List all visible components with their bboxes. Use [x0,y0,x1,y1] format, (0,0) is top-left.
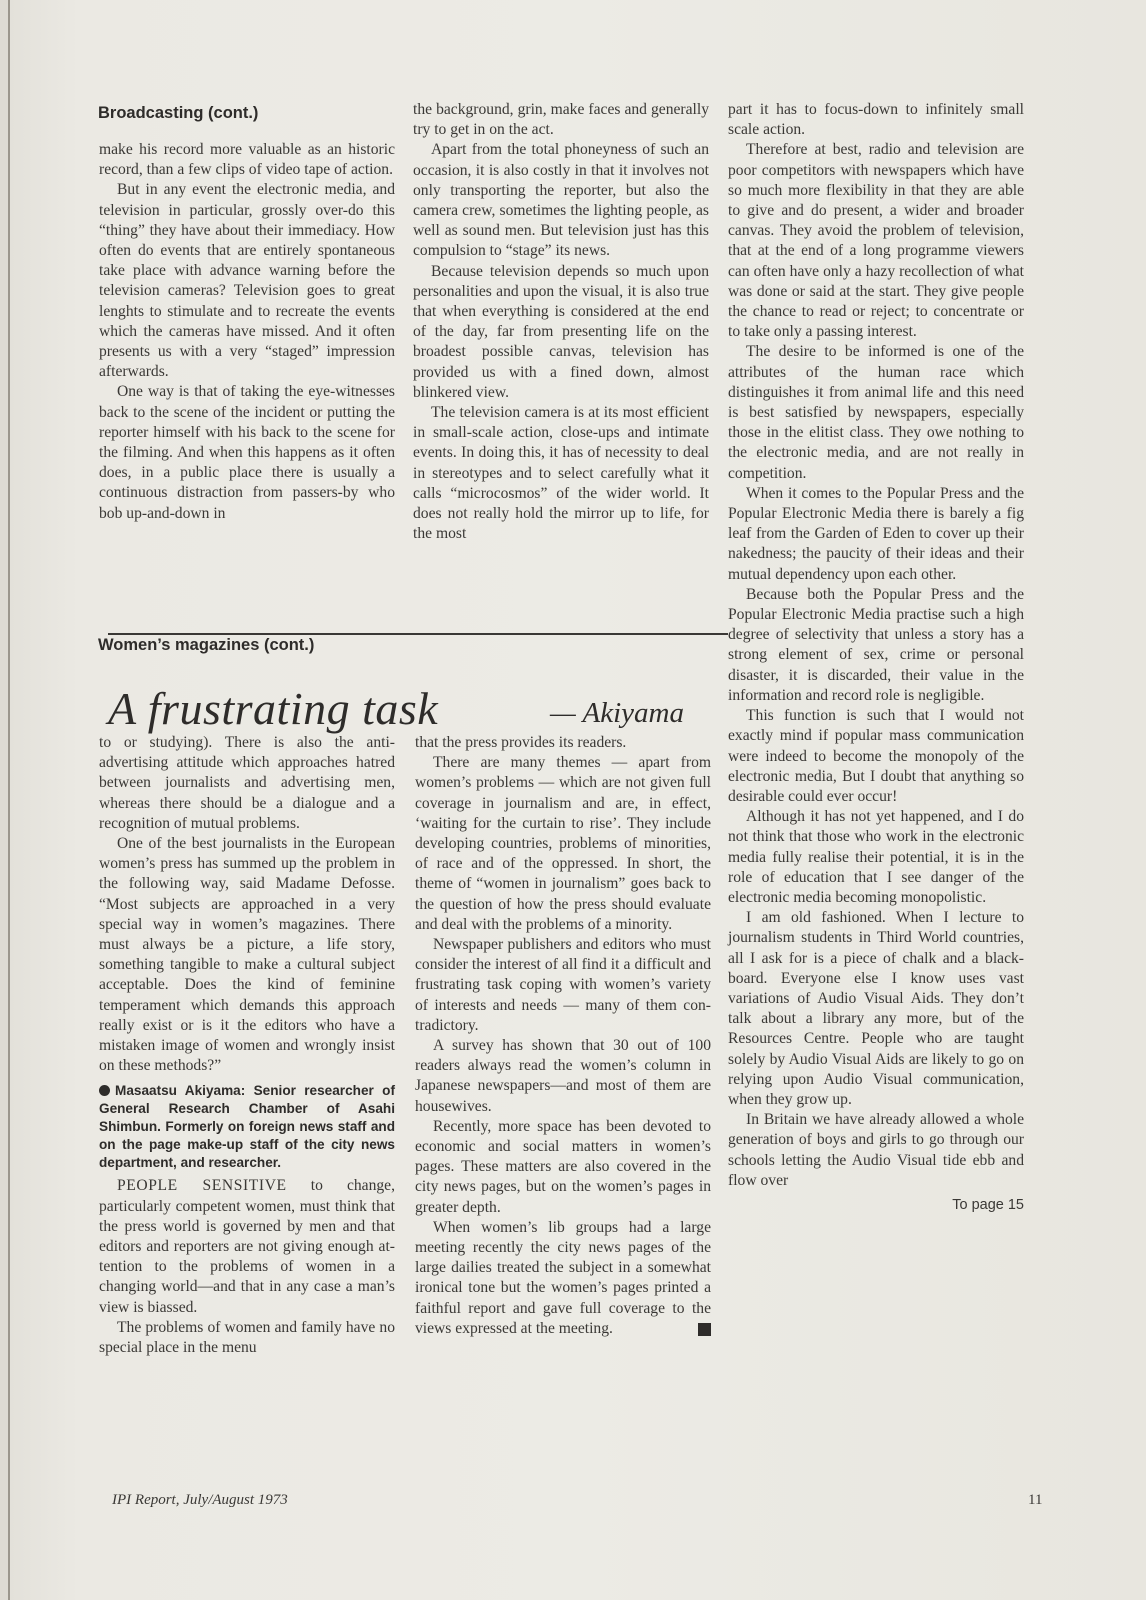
section-heading-broadcasting: Broadcasting (cont.) [98,104,258,123]
paragraph: Because television depends so much upon … [413,262,709,403]
magazine-page: Broadcasting (cont.) make his record mor… [8,0,1146,1600]
continued-link[interactable]: To page 15 [728,1195,1024,1215]
section-divider [108,633,728,635]
paragraph: that the press provides its readers. [415,733,711,753]
publication-footer: IPI Report, July/August 1973 [112,1492,288,1509]
paragraph: to or studying). There is also the anti-… [99,733,395,834]
author-bio-text: Masaatsu Akiyama: Senior researcher of G… [99,1083,395,1170]
paragraph: There are many themes — apart from women… [415,753,711,935]
article-byline: — Akiyama [550,697,684,730]
paragraph: One of the best journalists in the Europ… [99,834,395,1076]
lead-caps: PEOPLE SENSITIVE [117,1177,287,1194]
paragraph: the background, grin, make faces and gen… [413,100,709,140]
womens-column-1: to or studying). There is also the anti-… [99,733,395,1358]
author-bio: Masaatsu Akiyama: Senior researcher of G… [99,1082,395,1172]
broadcasting-column-3: part it has to focus-down to infinitely … [728,100,1024,1215]
bullet-icon [99,1085,110,1096]
paragraph: make his record more valuable as an hist… [99,140,395,180]
section-heading-womens-magazines: Women’s magazines (cont.) [98,636,314,655]
broadcasting-column-1: make his record more valuable as an hist… [99,140,395,524]
paragraph-last: When women’s lib groups had a large meet… [415,1218,711,1339]
paragraph: Recently, more space has been devoted to… [415,1117,711,1218]
paragraph-text: When women’s lib groups had a large meet… [415,1219,711,1337]
end-of-article-icon [698,1323,711,1336]
paragraph: Therefore at best, radio and tele­vision… [728,140,1024,342]
paragraph: One way is that of taking the eye-witnes… [99,382,395,523]
paragraph-lead: PEOPLE SENSITIVE to change, particularly… [99,1176,395,1317]
paragraph: I am old fashioned. When I lecture to jo… [728,908,1024,1110]
paragraph: Newspaper publishers and editors who mus… [415,935,711,1036]
paragraph: The television camera is at its most eff… [413,403,709,544]
paragraph: In Britain we have already allowed a who… [728,1110,1024,1191]
paragraph: Apart from the total phoneyness of such … [413,140,709,261]
paragraph: The problems of women and family have no… [99,1318,395,1358]
paragraph: But in any event the electronic media, a… [99,180,395,382]
paragraph: The desire to be informed is one of the … [728,342,1024,483]
paragraph: Although it has not yet happened, and I … [728,807,1024,908]
lead-text: to change, particularly competent women,… [99,1177,395,1315]
paragraph: This function is such that I would not e… [728,706,1024,807]
paragraph: Because both the Popular Press and the P… [728,585,1024,706]
article-headline: A frustrating task [108,682,438,735]
broadcasting-column-2: the background, grin, make faces and gen… [413,100,709,544]
page-number: 11 [1028,1492,1042,1509]
paragraph: part it has to focus-down to infinitely … [728,100,1024,140]
paragraph: When it comes to the Popular Press and t… [728,484,1024,585]
paragraph: A survey has shown that 30 out of 100 re… [415,1036,711,1117]
womens-column-2: that the press provides its readers. The… [415,733,711,1339]
